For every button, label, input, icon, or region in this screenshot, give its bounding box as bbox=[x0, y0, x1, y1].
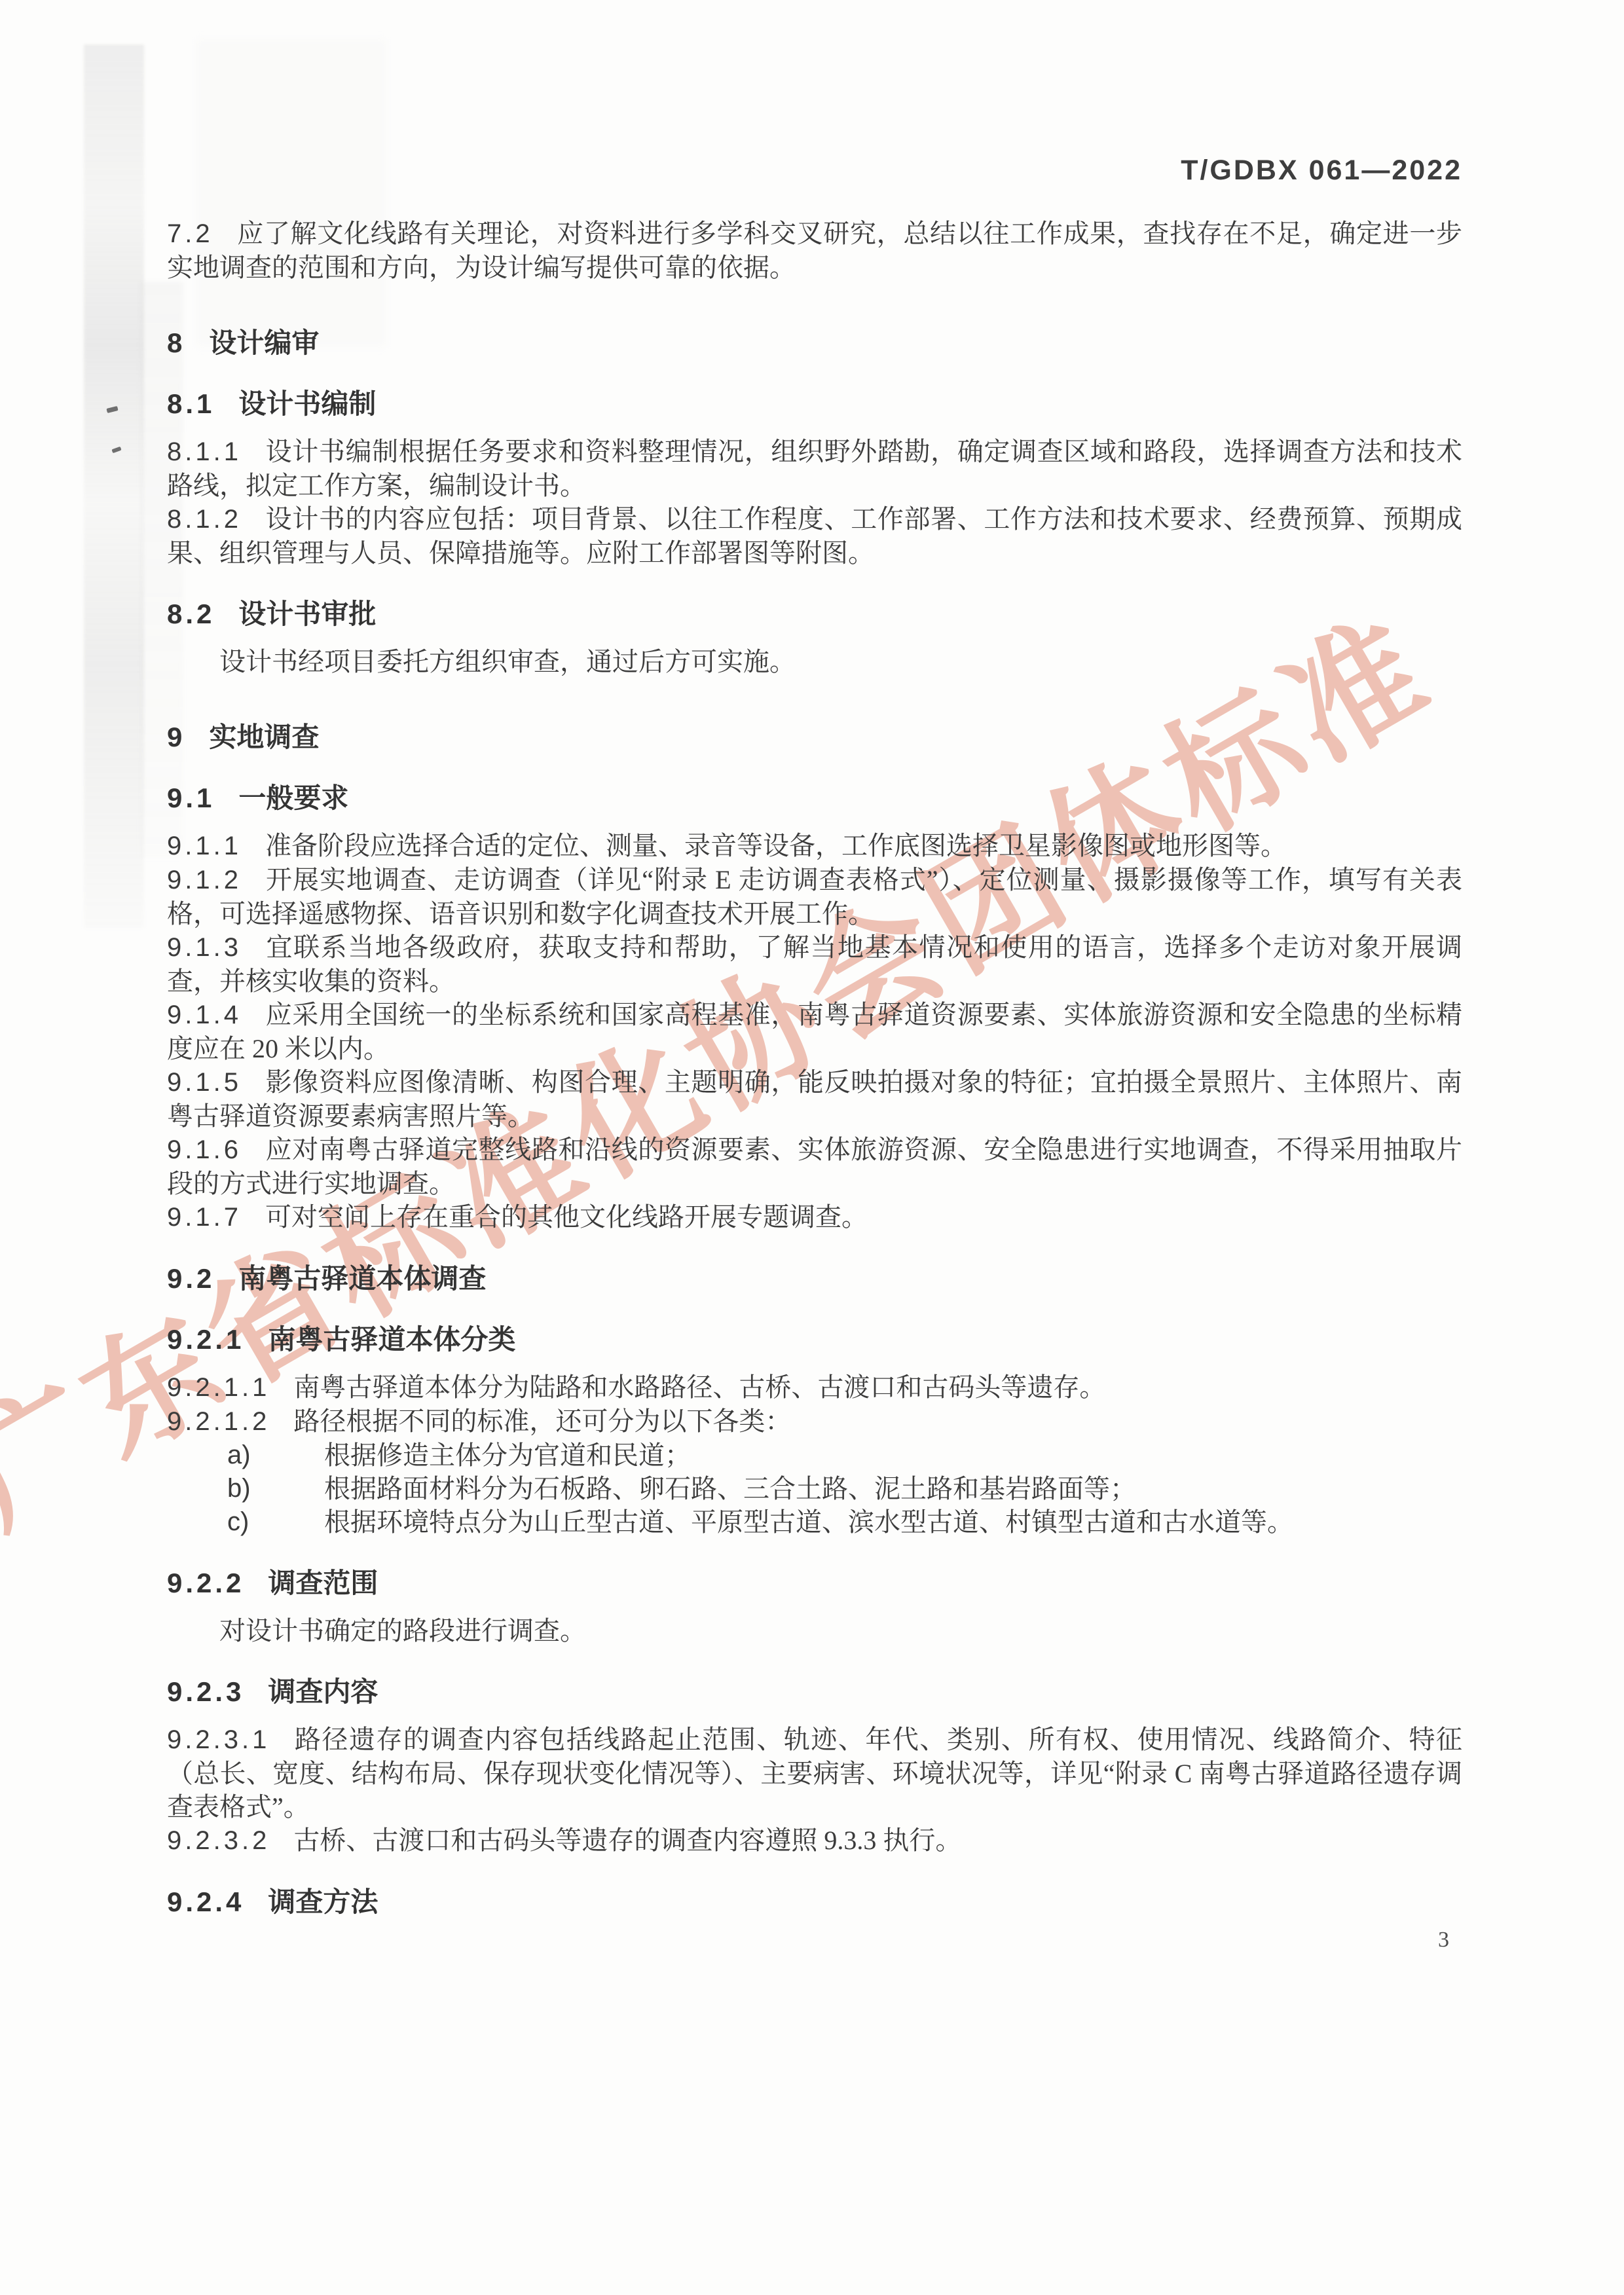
clause-number: 9.2.1 bbox=[167, 1324, 244, 1355]
section-heading-8-1: 8.1设计书编制 bbox=[167, 387, 1462, 420]
clause-8-1-1: 8.1.1设计书编制根据任务要求和资料整理情况，组织野外踏勘，确定调查区域和路段… bbox=[167, 435, 1462, 502]
plain-paragraph: 设计书经项目委托方组织审查，通过后方可实施。 bbox=[167, 645, 1462, 678]
clause-9-2-1-2: 9.2.1.2路径根据不同的标准，还可分为以下各类： bbox=[167, 1405, 1462, 1439]
section-heading-9-2-4: 9.2.4调查方法 bbox=[167, 1885, 1462, 1919]
clause-number: 9.2 bbox=[167, 1263, 215, 1294]
scan-edge-shadow bbox=[84, 45, 144, 928]
clause-text: 应对南粤古驿道完整线路和沿线的资源要素、实体旅游资源、安全隐患进行实地调查，不得… bbox=[167, 1135, 1462, 1198]
list-item: c)根据环境特点分为山丘型古道、平原型古道、滨水型古道、村镇型古道和古水道等。 bbox=[227, 1505, 1462, 1539]
clause-text: 准备阶段应选择合适的定位、测量、录音等设备，工作底图选择卫星影像图或地形图等。 bbox=[265, 831, 1287, 860]
clause-9-1-2: 9.1.2开展实地调查、走访调查（详见“附录 E 走访调查表格式”）、定位测量、… bbox=[167, 863, 1462, 930]
clause-text: 路径遗存的调查内容包括线路起止范围、轨迹、年代、类别、所有权、使用情况、线路简介… bbox=[167, 1725, 1462, 1822]
clause-9-1-4: 9.1.4应采用全国统一的坐标系统和国家高程基准，南粤古驿道资源要素、实体旅游资… bbox=[167, 998, 1462, 1065]
list-item-text: 根据路面材料分为石板路、卵石路、三合土路、泥土路和基岩路面等； bbox=[324, 1472, 1136, 1505]
clause-number: 9.2.3 bbox=[167, 1676, 244, 1707]
clause-number: 9 bbox=[167, 722, 185, 752]
clause-text: 影像资料应图像清晰、构图合理、主题明确，能反映拍摄对象的特征；宜拍摄全景照片、主… bbox=[167, 1067, 1462, 1131]
clause-number: 9.1.6 bbox=[167, 1135, 242, 1164]
clause-9-1-3: 9.1.3宜联系当地各级政府，获取支持和帮助，了解当地基本情况和使用的语言，选择… bbox=[167, 930, 1462, 998]
clause-9-1-1: 9.1.1准备阶段应选择合适的定位、测量、录音等设备，工作底图选择卫星影像图或地… bbox=[167, 829, 1462, 863]
clause-number: 9.1.5 bbox=[167, 1068, 242, 1097]
list-item-text: 根据环境特点分为山丘型古道、平原型古道、滨水型古道、村镇型古道和古水道等。 bbox=[324, 1505, 1293, 1539]
clause-9-1-7: 9.1.7可对空间上存在重合的其他文化线路开展专题调查。 bbox=[167, 1200, 1462, 1234]
list-item-text: 根据修造主体分为官道和民道； bbox=[324, 1439, 691, 1472]
clause-number: 8.1.2 bbox=[167, 505, 242, 534]
section-heading-8-2: 8.2设计书审批 bbox=[167, 597, 1462, 631]
list-item-label: a) bbox=[227, 1439, 324, 1472]
section-heading-9-2-3: 9.2.3调查内容 bbox=[167, 1675, 1462, 1708]
clause-number: 9.2.3.2 bbox=[167, 1826, 270, 1855]
clause-text: 路径根据不同的标准，还可分为以下各类： bbox=[293, 1406, 791, 1436]
clause-text: 应采用全国统一的坐标系统和国家高程基准，南粤古驿道资源要素、实体旅游资源和安全隐… bbox=[167, 1000, 1462, 1063]
clause-text: 设计书编制 bbox=[238, 388, 376, 419]
clause-number: 9.2.1.1 bbox=[167, 1373, 270, 1402]
clause-text: 南粤古驿道本体调查 bbox=[238, 1263, 486, 1294]
clause-number: 9.2.3.1 bbox=[167, 1725, 270, 1754]
clause-text: 设计书审批 bbox=[238, 598, 376, 629]
clause-number: 9.2.4 bbox=[167, 1886, 244, 1917]
standard-code-header: T/GDBX 061—2022 bbox=[167, 155, 1462, 187]
clause-text: 宜联系当地各级政府，获取支持和帮助，了解当地基本情况和使用的语言，选择多个走访对… bbox=[167, 932, 1462, 996]
clause-number: 9.1.3 bbox=[167, 933, 242, 962]
section-heading-9-2-2: 9.2.2调查范围 bbox=[167, 1566, 1462, 1600]
list-item: a)根据修造主体分为官道和民道； bbox=[227, 1439, 1462, 1472]
clause-9-2-3-2: 9.2.3.2古桥、古渡口和古码头等遗存的调查内容遵照 9.3.3 执行。 bbox=[167, 1824, 1462, 1858]
clause-text: 开展实地调查、走访调查（详见“附录 E 走访调查表格式”）、定位测量、摄影摄像等… bbox=[167, 865, 1462, 928]
clause-text: 应了解文化线路有关理论，对资料进行多学科交叉研究，总结以往工作成果，查找存在不足… bbox=[167, 219, 1462, 282]
clause-text: 一般要求 bbox=[238, 782, 348, 813]
clause-9-1-6: 9.1.6应对南粤古驿道完整线路和沿线的资源要素、实体旅游资源、安全隐患进行实地… bbox=[167, 1133, 1462, 1200]
section-heading-8: 8设计编审 bbox=[167, 326, 1462, 359]
clause-text: 南粤古驿道本体分类 bbox=[268, 1324, 515, 1355]
clause-number: 7.2 bbox=[167, 219, 213, 248]
clause-7-2: 7.2应了解文化线路有关理论，对资料进行多学科交叉研究，总结以往工作成果，查找存… bbox=[167, 217, 1462, 284]
clause-number: 9.2.2 bbox=[167, 1568, 244, 1598]
plain-paragraph: 对设计书确定的路段进行调查。 bbox=[167, 1614, 1462, 1647]
clause-number: 9.2.1.2 bbox=[167, 1407, 270, 1436]
clause-text: 古桥、古渡口和古码头等遗存的调查内容遵照 9.3.3 执行。 bbox=[293, 1826, 961, 1855]
clause-text: 南粤古驿道本体分为陆路和水路路径、古桥、古渡口和古码头等遗存。 bbox=[293, 1372, 1105, 1402]
clause-number: 8.1 bbox=[167, 388, 215, 419]
section-heading-9-1: 9.1一般要求 bbox=[167, 781, 1462, 815]
list-item-label: c) bbox=[227, 1505, 324, 1539]
clause-9-2-1-1: 9.2.1.1南粤古驿道本体分为陆路和水路路径、古桥、古渡口和古码头等遗存。 bbox=[167, 1370, 1462, 1405]
clause-9-1-5: 9.1.5影像资料应图像清晰、构图合理、主题明确，能反映拍摄对象的特征；宜拍摄全… bbox=[167, 1065, 1462, 1133]
page-number: 3 bbox=[1438, 1928, 1449, 1953]
clause-number: 9.1.2 bbox=[167, 866, 242, 894]
clause-blocks: 7.2应了解文化线路有关理论，对资料进行多学科交叉研究，总结以往工作成果，查找存… bbox=[167, 217, 1462, 1919]
clause-text: 实地调查 bbox=[209, 722, 319, 752]
list-item-label: b) bbox=[227, 1472, 324, 1505]
clause-number: 9.1.1 bbox=[167, 832, 242, 860]
clause-8-1-2: 8.1.2设计书的内容应包括：项目背景、以往工作程度、工作部署、工作方法和技术要… bbox=[167, 502, 1462, 570]
clause-number: 8.1.1 bbox=[167, 437, 242, 466]
section-heading-9-2-1: 9.2.1南粤古驿道本体分类 bbox=[167, 1323, 1462, 1356]
clause-sublist: a)根据修造主体分为官道和民道；b)根据路面材料分为石板路、卵石路、三合土路、泥… bbox=[227, 1439, 1462, 1539]
clause-9-2-3-1: 9.2.3.1路径遗存的调查内容包括线路起止范围、轨迹、年代、类别、所有权、使用… bbox=[167, 1723, 1462, 1824]
clause-text: 设计编审 bbox=[209, 327, 319, 358]
scanned-document-page: 广东省标准化协会团体标准 T/GDBX 061—2022 7.2应了解文化线路有… bbox=[0, 0, 1624, 2295]
clause-text: 调查方法 bbox=[268, 1886, 378, 1917]
clause-number: 9.1.4 bbox=[167, 1001, 242, 1029]
document-body: T/GDBX 061—2022 7.2应了解文化线路有关理论，对资料进行多学科交… bbox=[167, 155, 1462, 1933]
clause-number: 9.1 bbox=[167, 782, 215, 813]
clause-number: 9.1.7 bbox=[167, 1203, 242, 1232]
list-item: b)根据路面材料分为石板路、卵石路、三合土路、泥土路和基岩路面等； bbox=[227, 1472, 1462, 1505]
clause-text: 调查范围 bbox=[268, 1568, 378, 1598]
clause-text: 可对空间上存在重合的其他文化线路开展专题调查。 bbox=[265, 1202, 868, 1232]
clause-number: 8.2 bbox=[167, 598, 215, 629]
clause-text: 调查内容 bbox=[268, 1676, 378, 1707]
section-heading-9: 9实地调查 bbox=[167, 720, 1462, 754]
section-heading-9-2: 9.2南粤古驿道本体调查 bbox=[167, 1262, 1462, 1295]
clause-text: 设计书编制根据任务要求和资料整理情况，组织野外踏勘，确定调查区域和路段，选择调查… bbox=[167, 437, 1462, 500]
clause-text: 设计书的内容应包括：项目背景、以往工作程度、工作部署、工作方法和技术要求、经费预… bbox=[167, 504, 1462, 568]
clause-number: 8 bbox=[167, 327, 185, 358]
